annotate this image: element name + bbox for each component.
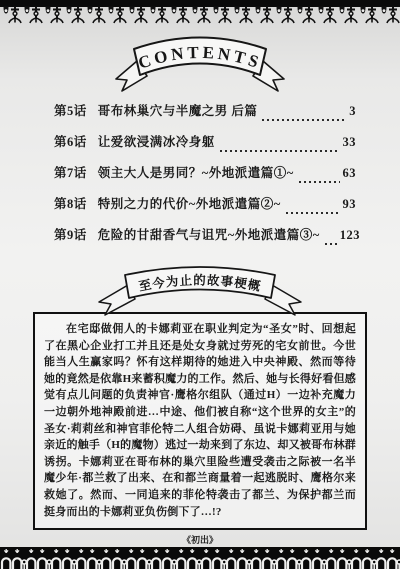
toc-chapter-number: 第6话 [54, 132, 87, 150]
toc-chapter-number: 第7话 [54, 163, 87, 181]
bottom-ornament-border [0, 547, 400, 569]
toc-row: 第6话 让爱欲浸满冰冷身躯 33 [54, 132, 356, 163]
contents-ribbon: CONTENTS [0, 29, 400, 93]
toc-dot-leader [262, 119, 346, 121]
story-summary-box: 在宅邸做佣人的卡娜莉亚在职业判定为“圣女”时、回想起了在黑心企业打工并且还是处女… [33, 312, 367, 530]
toc-dot-leader [299, 181, 340, 183]
toc-page-number: 63 [343, 166, 357, 181]
toc-row: 第9话 危险的甘甜香气与诅咒~外地派遣篇③~ 123 [54, 225, 356, 256]
toc-page-number: 123 [340, 228, 360, 243]
toc-dot-leader [286, 212, 340, 214]
toc-chapter-number: 第9话 [54, 225, 87, 243]
toc-page-number: 93 [343, 197, 357, 212]
toc-row: 第5话 哥布林巢穴与半魔之男 后篇 3 [54, 101, 356, 132]
toc-chapter-title: 领主大人是男同？~外地派遣篇①~ [98, 163, 294, 181]
contents-page: CONTENTS 第5话 哥布林巢穴与半魔之男 后篇 3 第6话 让爱欲浸满冰冷… [0, 0, 400, 569]
top-ornament-border [0, 0, 400, 26]
toc-list: 第5话 哥布林巢穴与半魔之男 后篇 3 第6话 让爱欲浸满冰冷身躯 33 第7话… [54, 101, 356, 256]
toc-chapter-number: 第8话 [54, 194, 87, 212]
toc-page-number: 3 [349, 104, 356, 119]
toc-dot-leader [220, 150, 340, 152]
toc-row: 第7话 领主大人是男同？~外地派遣篇①~ 63 [54, 163, 356, 194]
toc-chapter-title: 让爱欲浸满冰冷身躯 [98, 132, 215, 150]
toc-page-number: 33 [343, 135, 357, 150]
story-summary-text: 在宅邸做佣人的卡娜莉亚在职业判定为“圣女”时、回想起了在黑心企业打工并且还是处女… [44, 323, 356, 518]
toc-chapter-title: 哥布林巢穴与半魔之男 后篇 [98, 101, 258, 119]
toc-row: 第8话 特别之力的代价~外地派遣篇②~ 93 [54, 194, 356, 225]
toc-chapter-title: 危险的甘甜香气与诅咒~外地派遣篇③~ [98, 225, 320, 243]
first-publication-label: 《初出》 [0, 535, 400, 546]
summary-ribbon: 至今为止的故事梗概 [0, 258, 400, 318]
toc-chapter-title: 特别之力的代价~外地派遣篇②~ [98, 194, 281, 212]
toc-dot-leader [325, 243, 337, 245]
toc-chapter-number: 第5话 [54, 101, 87, 119]
